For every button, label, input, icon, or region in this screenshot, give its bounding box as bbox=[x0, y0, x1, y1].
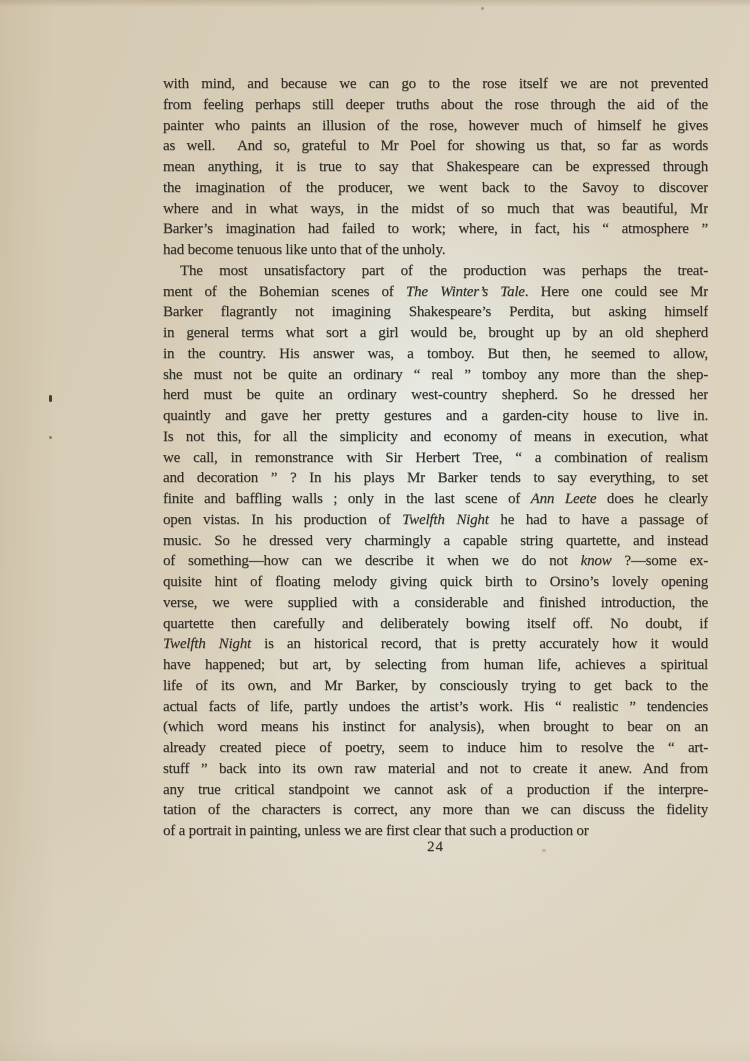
text-segment: of something—how can we describe it when… bbox=[163, 553, 581, 569]
text-segment: tation of the characters is correct, any… bbox=[163, 802, 708, 818]
text-line: we call, in remonstrance with Sir Herber… bbox=[163, 448, 708, 469]
text-segment: already created piece of poetry, seem to… bbox=[163, 740, 708, 756]
text-segment: from feeling perhaps still deeper truths… bbox=[163, 97, 708, 113]
text-segment: (which word means his instinct for analy… bbox=[163, 719, 708, 735]
italic-title: know bbox=[581, 553, 612, 569]
text-line: of something—how can we describe it when… bbox=[163, 551, 708, 572]
text-segment: Barker’s imagination had failed to work;… bbox=[163, 221, 708, 237]
text-line: from feeling perhaps still deeper truths… bbox=[163, 95, 708, 116]
text-line: painter who paints an illusion of the ro… bbox=[163, 116, 708, 137]
text-segment: the imagination of the producer, we went… bbox=[163, 180, 708, 196]
text-line: life of its own, and Mr Barker, by consc… bbox=[163, 676, 708, 697]
text-line: where and in what ways, in the midst of … bbox=[163, 199, 708, 220]
text-line: Is not this, for all the simplicity and … bbox=[163, 427, 708, 448]
italic-title: Ann Leete bbox=[531, 491, 597, 507]
text-line: finite and baffling walls ; only in the … bbox=[163, 489, 708, 510]
text-line: as well. And so, grateful to Mr Poel for… bbox=[163, 136, 708, 157]
text-segment: . Here one could see Mr bbox=[525, 284, 708, 300]
text-segment: stuff ” back into its own raw material a… bbox=[163, 761, 708, 777]
text-segment: she must not be quite an ordinary “ real… bbox=[163, 367, 708, 383]
text-line: any true critical standpoint we cannot a… bbox=[163, 780, 708, 801]
italic-title: The Winter’s Tale bbox=[406, 284, 525, 300]
text-line: herd must be quite an ordinary west-coun… bbox=[163, 385, 708, 406]
text-line: have happened; but art, by selecting fro… bbox=[163, 655, 708, 676]
text-line: Barker’s imagination had failed to work;… bbox=[163, 219, 708, 240]
italic-title: Twelfth Night bbox=[402, 512, 489, 528]
paper-speck bbox=[49, 395, 52, 402]
text-line: the imagination of the producer, we went… bbox=[163, 178, 708, 199]
text-segment: open vistas. In his production of bbox=[163, 512, 402, 528]
text-line: with mind, and because we can go to the … bbox=[163, 74, 708, 95]
text-segment: Barker flagrantly not imagining Shakespe… bbox=[163, 304, 708, 320]
text-segment: ment of the Bohemian scenes of bbox=[163, 284, 406, 300]
text-line: verse, we were supplied with a considera… bbox=[163, 593, 708, 614]
text-line: Barker flagrantly not imagining Shakespe… bbox=[163, 302, 708, 323]
text-segment: any true critical standpoint we cannot a… bbox=[163, 782, 708, 798]
text-line: open vistas. In his production of Twelft… bbox=[163, 510, 708, 531]
text-segment: quisite hint of floating melody giving q… bbox=[163, 574, 708, 590]
paper-speck bbox=[49, 436, 52, 439]
text-segment: in general terms what sort a girl would … bbox=[163, 325, 708, 341]
text-line: actual facts of life, partly undoes the … bbox=[163, 697, 708, 718]
text-line: already created piece of poetry, seem to… bbox=[163, 738, 708, 759]
text-segment: herd must be quite an ordinary west-coun… bbox=[163, 387, 708, 403]
italic-title: Twelfth Night bbox=[163, 636, 251, 652]
page-number: 24 bbox=[163, 839, 708, 856]
text-line: she must not be quite an ordinary “ real… bbox=[163, 365, 708, 386]
text-line: in the country. His answer was, a tomboy… bbox=[163, 344, 708, 365]
text-segment: he had to have a passage of bbox=[489, 512, 708, 528]
text-line: tation of the characters is correct, any… bbox=[163, 800, 708, 821]
text-segment: ?—some ex- bbox=[611, 553, 708, 569]
text-line: and decoration ” ? In his plays Mr Barke… bbox=[163, 468, 708, 489]
text-segment: had become tenuous like unto that of the… bbox=[163, 242, 445, 258]
text-segment: is an historical record, that is pretty … bbox=[251, 636, 708, 652]
text-line: had become tenuous like unto that of the… bbox=[163, 240, 708, 261]
text-segment: The most unsatisfactory part of the prod… bbox=[180, 263, 708, 279]
text-segment: with mind, and because we can go to the … bbox=[163, 76, 708, 92]
text-segment: and decoration ” ? In his plays Mr Barke… bbox=[163, 470, 708, 486]
text-segment: actual facts of life, partly undoes the … bbox=[163, 699, 708, 715]
text-line: (which word means his instinct for analy… bbox=[163, 717, 708, 738]
text-segment: finite and baffling walls ; only in the … bbox=[163, 491, 531, 507]
text-block: with mind, and because we can go to the … bbox=[163, 74, 708, 842]
text-line: Twelfth Night is an historical record, t… bbox=[163, 634, 708, 655]
text-segment: verse, we were supplied with a considera… bbox=[163, 595, 708, 611]
text-segment: as well. And so, grateful to Mr Poel for… bbox=[163, 138, 708, 154]
text-segment: quaintly and gave her pretty gestures an… bbox=[163, 408, 708, 424]
text-line: quaintly and gave her pretty gestures an… bbox=[163, 406, 708, 427]
text-segment: Is not this, for all the simplicity and … bbox=[163, 429, 708, 445]
text-segment: life of its own, and Mr Barker, by consc… bbox=[163, 678, 708, 694]
text-line: music. So he dressed very charmingly a c… bbox=[163, 531, 708, 552]
text-segment: painter who paints an illusion of the ro… bbox=[163, 118, 708, 134]
text-segment: mean anything, it is true to say that Sh… bbox=[163, 159, 708, 175]
text-segment: of a portrait in painting, unless we are… bbox=[163, 823, 589, 839]
text-segment: in the country. His answer was, a tomboy… bbox=[163, 346, 708, 362]
text-segment: does he clearly bbox=[596, 491, 708, 507]
text-line: stuff ” back into its own raw material a… bbox=[163, 759, 708, 780]
text-line: quartette then carefully and deliberatel… bbox=[163, 614, 708, 635]
text-line: mean anything, it is true to say that Sh… bbox=[163, 157, 708, 178]
text-segment: we call, in remonstrance with Sir Herber… bbox=[163, 450, 708, 466]
text-line: ment of the Bohemian scenes of The Winte… bbox=[163, 282, 708, 303]
text-line: The most unsatisfactory part of the prod… bbox=[163, 261, 708, 282]
text-line: quisite hint of floating melody giving q… bbox=[163, 572, 708, 593]
paper-speck bbox=[481, 7, 484, 10]
text-segment: quartette then carefully and deliberatel… bbox=[163, 616, 708, 632]
book-page-scan: with mind, and because we can go to the … bbox=[0, 0, 750, 1061]
text-segment: where and in what ways, in the midst of … bbox=[163, 201, 708, 217]
text-segment: have happened; but art, by selecting fro… bbox=[163, 657, 708, 673]
text-line: in general terms what sort a girl would … bbox=[163, 323, 708, 344]
text-segment: music. So he dressed very charmingly a c… bbox=[163, 533, 708, 549]
